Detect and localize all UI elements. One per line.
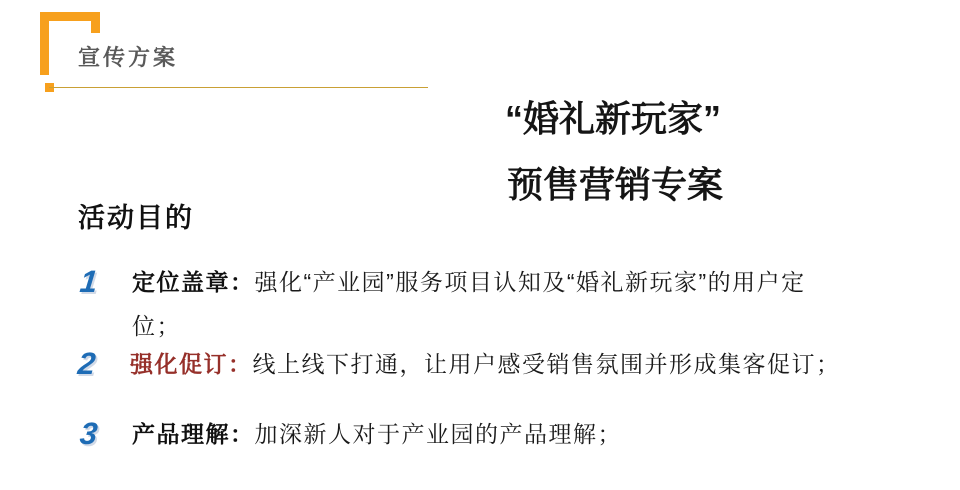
item-text: 加深新人对于产业园的产品理解； bbox=[255, 421, 623, 447]
item-number: 2 bbox=[76, 342, 133, 386]
item-number: 1 bbox=[78, 260, 135, 304]
item-text: 线上线下打通，让用户感受销售氛围并形成集客促订； bbox=[253, 351, 841, 377]
section-label: 宣传方案 bbox=[78, 46, 178, 70]
divider-line bbox=[45, 83, 428, 93]
item-body: 产品理解：加深新人对于产业园的产品理解； bbox=[132, 412, 927, 456]
slide-title-line1: “婚礼新玩家” bbox=[505, 99, 721, 139]
corner-bracket-shape bbox=[40, 12, 49, 75]
item-number: 3 bbox=[78, 412, 135, 456]
purpose-item-3: 3 产品理解：加深新人对于产业园的产品理解； bbox=[80, 412, 927, 456]
item-label: 强化促订： bbox=[130, 351, 253, 377]
activity-purpose-heading: 活动目的 bbox=[78, 203, 194, 234]
item-label: 定位盖章： bbox=[132, 269, 255, 295]
item-body: 强化促订：线上线下打通，让用户感受销售氛围并形成集客促订； bbox=[130, 342, 925, 386]
purpose-item-1: 1 定位盖章：强化“产业园”服务项目认知及“婚礼新玩家”的用户定 位； bbox=[80, 260, 927, 348]
purpose-item-2: 2 强化促订：线上线下打通，让用户感受销售氛围并形成集客促订； bbox=[78, 342, 925, 386]
item-label: 产品理解： bbox=[132, 421, 255, 447]
slide-title-line2: 预售营销专案 bbox=[507, 165, 723, 205]
item-body: 定位盖章：强化“产业园”服务项目认知及“婚礼新玩家”的用户定 位； bbox=[132, 260, 927, 348]
presentation-slide: 宣传方案 “婚礼新玩家” 预售营销专案 活动目的 1 定位盖章：强化“产业园”服… bbox=[0, 0, 960, 490]
